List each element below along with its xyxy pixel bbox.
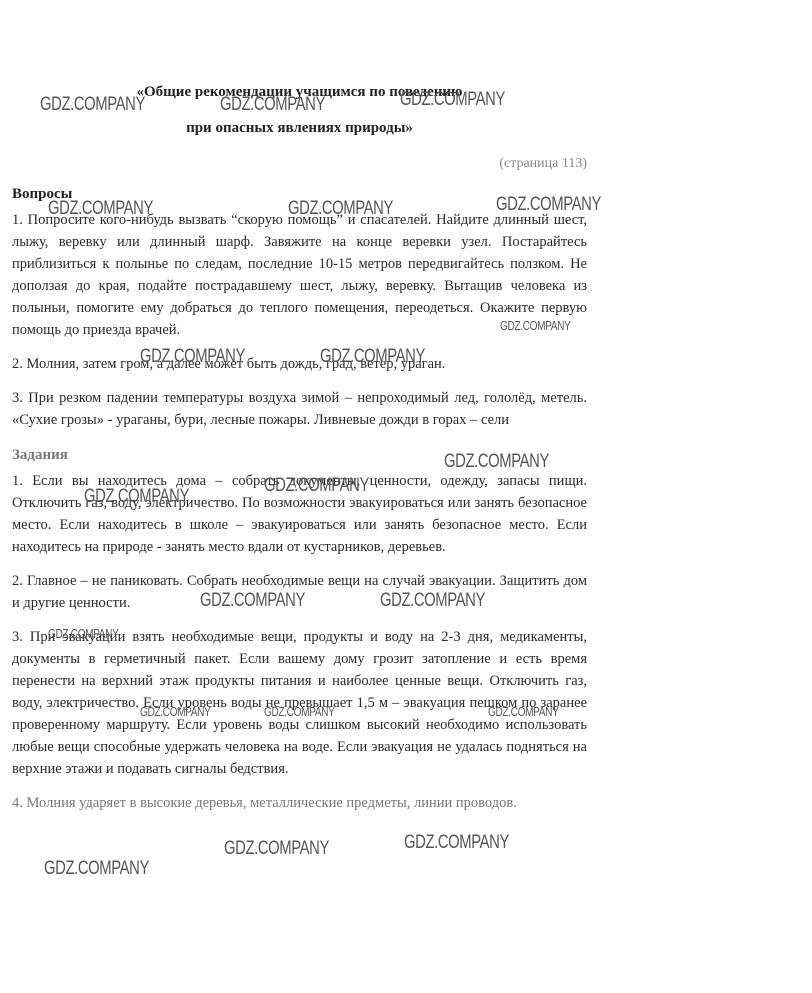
watermark: GDZ.COMPANY <box>288 198 393 220</box>
watermark: GDZ.COMPANY <box>264 704 334 719</box>
watermark: GDZ.COMPANY <box>496 194 601 216</box>
question-answer-3: 3. При резком падении температуры воздух… <box>12 387 587 431</box>
watermark: GDZ.COMPANY <box>200 590 305 612</box>
task-answer-4: 4. Молния ударяет в высокие деревья, мет… <box>12 792 587 814</box>
watermark: GDZ.COMPANY <box>444 451 549 473</box>
watermark: GDZ.COMPANY <box>488 704 558 719</box>
page-reference: (страница 113) <box>12 156 587 172</box>
watermark: GDZ.COMPANY <box>380 590 485 612</box>
watermark: GDZ.COMPANY <box>264 475 369 497</box>
document-page: «Общие рекомендации учащимся по поведени… <box>0 0 812 993</box>
watermark: GDZ.COMPANY <box>44 858 149 880</box>
watermark: GDZ.COMPANY <box>500 318 570 333</box>
watermark: GDZ.COMPANY <box>220 94 325 116</box>
watermark: GDZ.COMPANY <box>404 832 509 854</box>
watermark: GDZ.COMPANY <box>84 486 189 508</box>
watermark: GDZ.COMPANY <box>140 704 210 719</box>
watermark: GDZ.COMPANY <box>48 198 153 220</box>
watermark: GDZ.COMPANY <box>320 346 425 368</box>
watermark: GDZ.COMPANY <box>140 346 245 368</box>
watermark: GDZ.COMPANY <box>400 89 505 111</box>
watermark: GDZ.COMPANY <box>40 94 145 116</box>
watermark: GDZ.COMPANY <box>48 626 118 641</box>
watermark: GDZ.COMPANY <box>224 838 329 860</box>
task-answer-3: 3. При эвакуации взять необходимые вещи,… <box>12 626 587 780</box>
question-answer-2: 2. Молния, затем гром, а далее может быт… <box>12 353 587 375</box>
